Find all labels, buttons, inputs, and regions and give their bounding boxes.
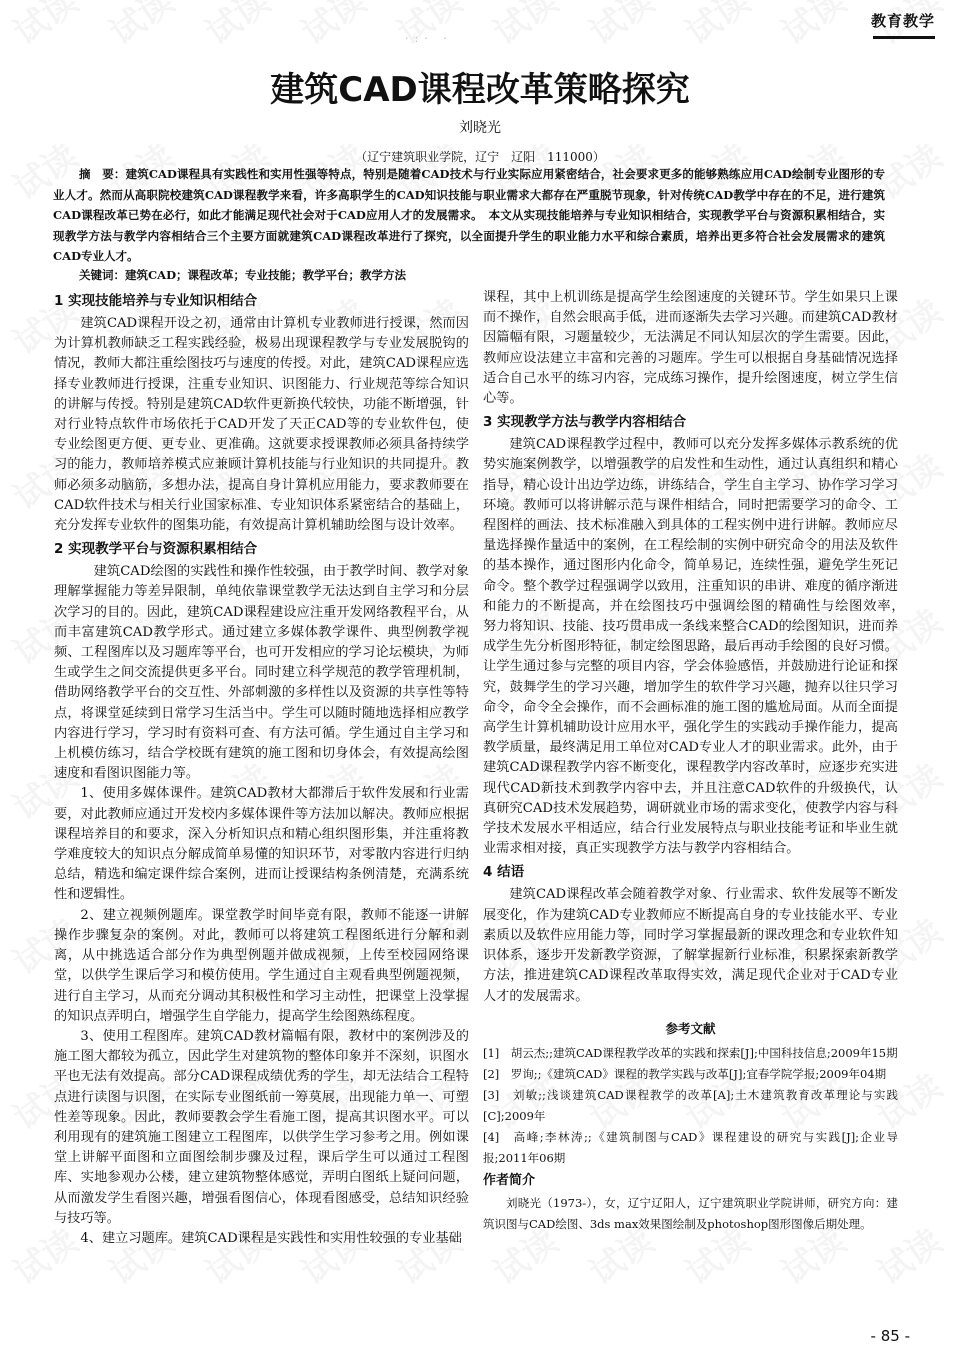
author-bio: 刘晓光（1973-），女，辽宁辽阳人，辽宁建筑职业学院讲师，研究方向：建筑识图与…	[483, 1193, 898, 1235]
keywords: 关键词：建筑CAD；课程改革；专业技能；教学平台；教学方法	[79, 267, 406, 283]
section-heading-1: 1 实现技能培养与专业知识相结合	[54, 291, 469, 312]
section-tag-underline	[873, 36, 935, 39]
reference-item: [3] 刘敏;;浅谈建筑CAD课程教学的改革[A];土木建筑教育改革理论与实践[…	[483, 1085, 898, 1127]
abstract: 摘 要：建筑CAD课程具有实践性和实用性强等特点，特别是随着CAD技术与行业实际…	[53, 164, 885, 267]
author-affiliation: （辽宁建筑职业学院，辽宁 辽阳 111000）	[0, 148, 960, 165]
keywords-text: 建筑CAD；课程改革；专业技能；教学平台；教学方法	[125, 268, 406, 282]
section-heading-4: 4 结语	[483, 862, 898, 883]
page-number: - 85 -	[871, 1327, 910, 1345]
article-title: 建筑CAD课程改革策略探究	[0, 62, 960, 111]
keywords-label: 关键词：	[79, 268, 125, 282]
abstract-label: 摘 要：	[79, 167, 126, 181]
section-tag: 教育教学	[871, 10, 935, 31]
paragraph-continued: 课程，其中上机训练是提高学生绘图速度的关键环节。学生如果只上课而不操作，自然会眼…	[483, 288, 898, 409]
paragraph: 建筑CAD绘图的实践性和操作性较强，由于教学时间、教学对象理解掌握能力等差异限制…	[54, 562, 469, 784]
author-bio-title: 作者简介	[483, 1171, 898, 1191]
paragraph: 2、建立视频例题库。课堂教学时间毕竟有限，教师不能逐一讲解操作步骤复杂的案例。对…	[54, 906, 469, 1027]
section-heading-3: 3 实现教学方法与教学内容相结合	[483, 412, 898, 433]
scan-artifact: ·:· ·	[405, 32, 453, 45]
reference-item: [2] 罗询;;《建筑CAD》课程的教学实践与改革[J];宜春学院学报;2009…	[483, 1064, 898, 1085]
paragraph: 1、使用多媒体课件。建筑CAD教材大都滞后于软件发展和行业需要，对此教师应通过开…	[54, 784, 469, 905]
journal-page: ·:· · 教育教学 建筑CAD课程改革策略探究 刘晓光 （辽宁建筑职业学院，辽…	[0, 0, 960, 1357]
abstract-text: 建筑CAD课程具有实践性和实用性强等特点，特别是随着CAD技术与行业实际应用紧密…	[53, 167, 885, 263]
article-author: 刘晓光	[0, 117, 960, 137]
section-heading-2: 2 实现教学平台与资源积累相结合	[54, 539, 469, 560]
paragraph: 建筑CAD课程开设之初，通常由计算机专业教师进行授课，然而因为计算机教师缺乏工程…	[54, 314, 469, 536]
left-column: 1 实现技能培养与专业知识相结合 建筑CAD课程开设之初，通常由计算机专业教师进…	[54, 288, 469, 1249]
references-title: 参考文献	[483, 1019, 898, 1039]
right-column: 课程，其中上机训练是提高学生绘图速度的关键环节。学生如果只上课而不操作，自然会眼…	[483, 288, 898, 1235]
paragraph: 4、建立习题库。建筑CAD课程是实践性和实用性较强的专业基础	[54, 1229, 469, 1249]
reference-item: [1] 胡云杰;;建筑CAD课程教学改革的实践和探索[J];中国科技信息;200…	[483, 1043, 898, 1064]
paragraph: 建筑CAD课程改革会随着教学对象、行业需求、软件发展等不断发展变化，作为建筑CA…	[483, 885, 898, 1006]
paragraph: 建筑CAD课程教学过程中，教师可以充分发挥多媒体示教系统的优势实施案例教学，以增…	[483, 435, 898, 859]
reference-item: [4] 高峰;李林涛;;《建筑制图与CAD》课程建设的研究与实践[J];企业导报…	[483, 1127, 898, 1169]
paragraph: 3、使用工程图库。建筑CAD教材篇幅有限，教材中的案例涉及的施工图大都较为孤立，…	[54, 1027, 469, 1229]
